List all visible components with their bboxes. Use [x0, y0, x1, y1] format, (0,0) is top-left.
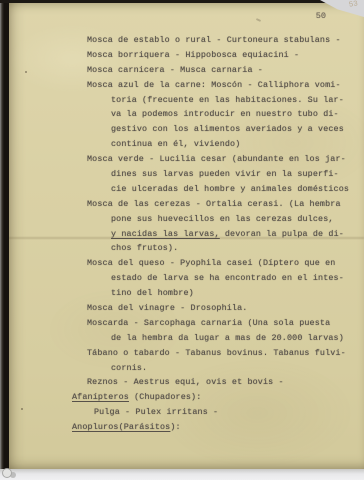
text-line: Mosca borriquera - Hippobosca equiacini …	[87, 48, 364, 63]
pencil-annotation: 53	[348, 0, 358, 9]
text-line: tino del hombre)	[111, 286, 364, 301]
text-line: Mosca del vinagre - Drosophila.	[87, 301, 364, 316]
text-line: Mosca verde - Lucilia cesar (abundante e…	[87, 152, 364, 167]
text-line: Mosca del queso - Pyophila casei (Dípter…	[87, 256, 364, 271]
text-line: toria (frecuente en las habitaciones. Su…	[111, 93, 364, 108]
text-line: estado de larva se ha encontrado en el i…	[111, 271, 364, 286]
scan-edge-top	[0, 0, 336, 3]
scanner-bed-strip	[0, 469, 364, 480]
typewritten-text: Mosca de establo o rural - Curtoneura st…	[8, 33, 364, 435]
page-number: 50	[316, 11, 326, 21]
text-line: chos frutos).	[111, 241, 364, 256]
text-line: Pulga - Pulex irritans -	[94, 405, 364, 420]
text-line: Reznos - Aestrus equi, ovis et bovis -	[87, 375, 364, 390]
text-line: Mosca azul de la carne: Moscón - Calliph…	[87, 78, 364, 93]
bottom-left-mark	[2, 468, 12, 478]
text-line: va la podemos introducir en nuestro tubo…	[111, 107, 364, 122]
text-line: cornis.	[111, 361, 364, 376]
text-line: y nacidas las larvas, devoran la pulpa d…	[111, 227, 364, 242]
text-line: de la hembra da lugar a mas de 20.000 la…	[111, 331, 364, 346]
text-line: Afanípteros (Chupadores):	[72, 390, 364, 405]
ink-speck	[21, 408, 23, 410]
text-line: gestivo con los alimentos averiados y a …	[111, 122, 364, 137]
text-line: cie ulceradas del hombre y animales domé…	[111, 182, 364, 197]
scan-edge-left	[0, 0, 9, 480]
text-line: Mosca carnicera - Musca carnaria -	[87, 63, 364, 78]
ink-speck	[25, 71, 27, 73]
text-line: pone sus huevecillos en las cerezas dulc…	[111, 212, 364, 227]
scan-frame: Mosca de establo o rural - Curtoneura st…	[0, 0, 364, 480]
text-line: Tábano o tabardo - Tabanus bovinus. Taba…	[87, 346, 364, 361]
text-line: Anopluros(Parásitos):	[72, 420, 364, 435]
text-line: dines sus larvas pueden vivir en la supe…	[111, 167, 364, 182]
text-line: Moscarda - Sarcophaga carnaria (Una sola…	[87, 316, 364, 331]
text-line: Mosca de establo o rural - Curtoneura st…	[87, 33, 364, 48]
text-line: Mosca de las cerezas - Ortalia cerasi. (…	[87, 197, 364, 212]
text-line: continua en él, viviendo)	[111, 137, 364, 152]
